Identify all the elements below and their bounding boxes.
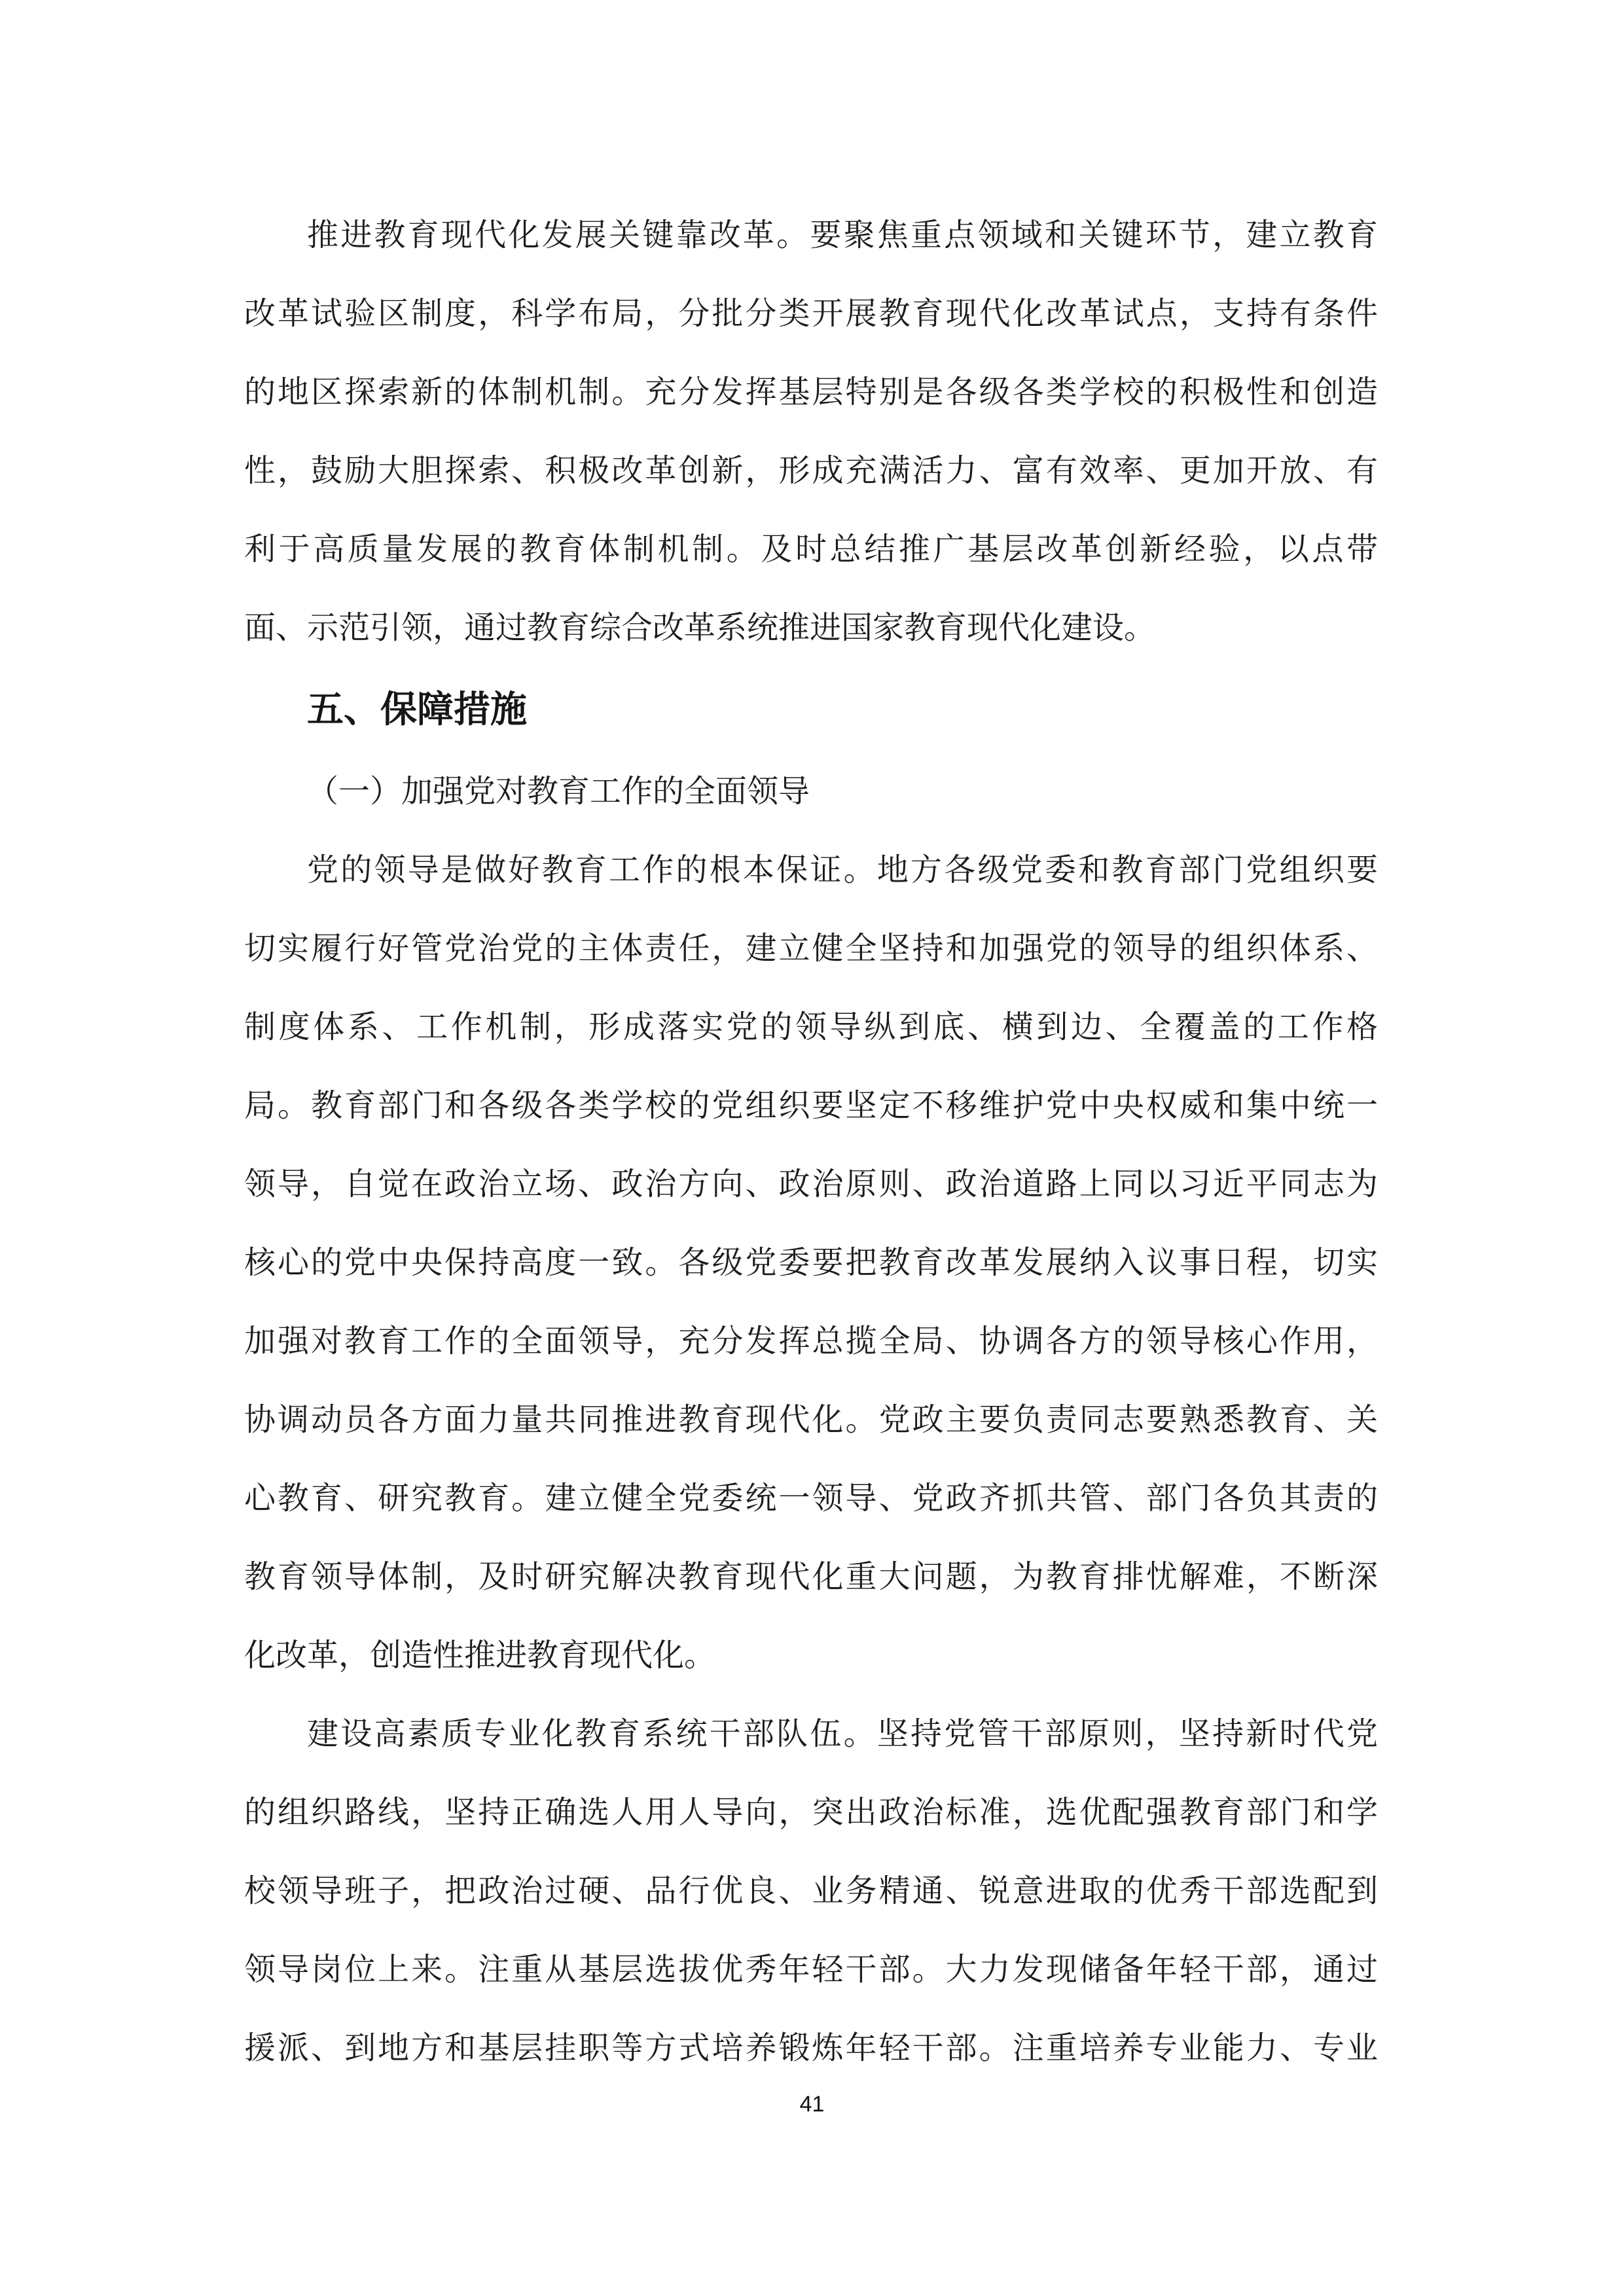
text-line: 制度体系、工作机制，形成落实党的领导纵到底、横到边、全覆盖的工作格 xyxy=(244,988,1378,1067)
text-line: 核心的党中央保持高度一致。各级党委要把教育改革发展纳入议事日程，切实 xyxy=(244,1224,1378,1302)
text-line: 党的领导是做好教育工作的根本保证。地方各级党委和教育部门党组织要 xyxy=(244,831,1378,910)
text-line: 加强对教育工作的全面领导，充分发挥总揽全局、协调各方的领导核心作用， xyxy=(244,1302,1378,1381)
text-line: 局。教育部门和各级各类学校的党组织要坚定不移维护党中央权威和集中统一 xyxy=(244,1067,1378,1145)
subsection-heading: （一）加强党对教育工作的全面领导 xyxy=(244,753,1378,831)
page-number: 41 xyxy=(0,2092,1624,2117)
section-heading: 五、保障措施 xyxy=(244,668,1378,753)
text-line: 协调动员各方面力量共同推进教育现代化。党政主要负责同志要熟悉教育、关 xyxy=(244,1381,1378,1460)
document-page: 推进教育现代化发展关键靠改革。要聚焦重点领域和关键环节，建立教育 改革试验区制度… xyxy=(0,0,1624,2296)
text-line: 化改革，创造性推进教育现代化。 xyxy=(244,1617,1378,1695)
text-line: 领导，自觉在政治立场、政治方向、政治原则、政治道路上同以习近平同志为 xyxy=(244,1145,1378,1224)
paragraph-reform: 推进教育现代化发展关键靠改革。要聚焦重点领域和关键环节，建立教育 改革试验区制度… xyxy=(244,196,1378,668)
text-line: 心教育、研究教育。建立健全党委统一领导、党政齐抓共管、部门各负其责的 xyxy=(244,1460,1378,1538)
text-line: 面、示范引领，通过教育综合改革系统推进国家教育现代化建设。 xyxy=(244,589,1378,668)
text-line: 改革试验区制度，科学布局，分批分类开展教育现代化改革试点，支持有条件 xyxy=(244,275,1378,353)
paragraph-party-leadership: 党的领导是做好教育工作的根本保证。地方各级党委和教育部门党组织要 切实履行好管党… xyxy=(244,831,1378,1695)
text-line: 切实履行好管党治党的主体责任，建立健全坚持和加强党的领导的组织体系、 xyxy=(244,910,1378,988)
text-line: 的地区探索新的体制机制。充分发挥基层特别是各级各类学校的积极性和创造 xyxy=(244,353,1378,432)
text-line: 建设高素质专业化教育系统干部队伍。坚持党管干部原则，坚持新时代党 xyxy=(244,1695,1378,1774)
text-line: 领导岗位上来。注重从基层选拔优秀年轻干部。大力发现储备年轻干部，通过 xyxy=(244,1931,1378,2009)
text-line: 性，鼓励大胆探索、积极改革创新，形成充满活力、富有效率、更加开放、有 xyxy=(244,432,1378,511)
text-line: 推进教育现代化发展关键靠改革。要聚焦重点领域和关键环节，建立教育 xyxy=(244,196,1378,275)
text-line: 的组织路线，坚持正确选人用人导向，突出政治标准，选优配强教育部门和学 xyxy=(244,1774,1378,1852)
text-line: 援派、到地方和基层挂职等方式培养锻炼年轻干部。注重培养专业能力、专业 xyxy=(244,2009,1378,2088)
paragraph-cadre-team: 建设高素质专业化教育系统干部队伍。坚持党管干部原则，坚持新时代党 的组织路线，坚… xyxy=(244,1695,1378,2088)
text-line: 教育领导体制，及时研究解决教育现代化重大问题，为教育排忧解难，不断深 xyxy=(244,1538,1378,1617)
text-line: 校领导班子，把政治过硬、品行优良、业务精通、锐意进取的优秀干部选配到 xyxy=(244,1852,1378,1931)
text-line: 利于高质量发展的教育体制机制。及时总结推广基层改革创新经验，以点带 xyxy=(244,511,1378,589)
